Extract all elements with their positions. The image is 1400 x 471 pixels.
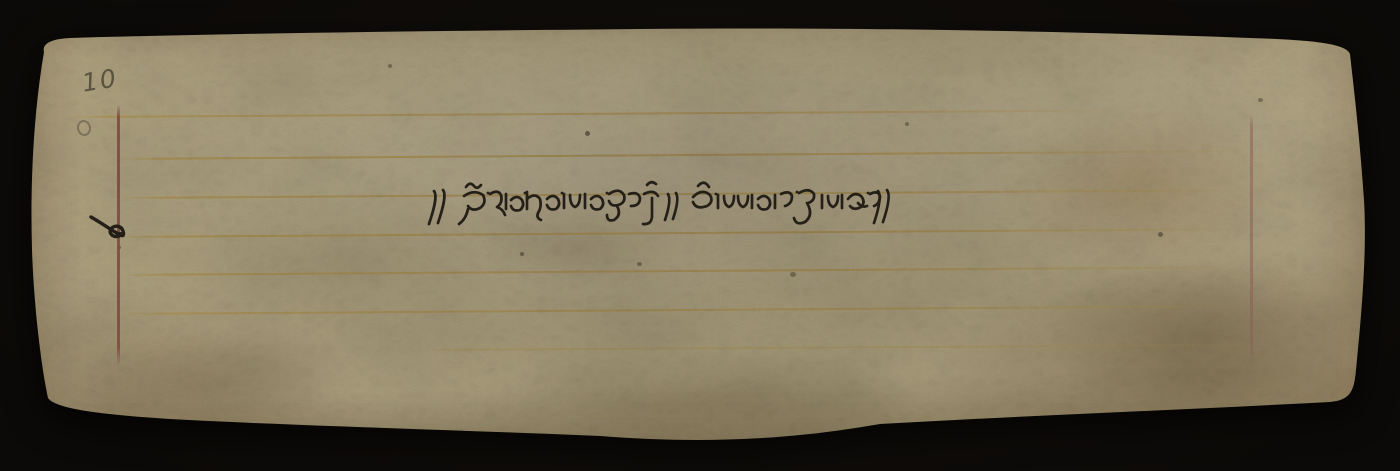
- scribal-curl-mark: [88, 212, 136, 250]
- stain: [200, 190, 520, 320]
- right-margin-line: [1250, 115, 1253, 363]
- stain: [500, 350, 920, 450]
- ruled-line: [120, 266, 1248, 276]
- speck: [905, 122, 909, 126]
- stain: [1040, 260, 1360, 410]
- speck: [388, 64, 392, 68]
- manuscript-leaf: 10: [0, 0, 1400, 471]
- speck: [1258, 98, 1263, 102]
- stain: [1000, 100, 1280, 270]
- manuscript-photograph: 10: [0, 0, 1400, 471]
- leaf-shadow-wrapper: 10: [0, 0, 1400, 471]
- speck: [585, 131, 590, 136]
- ruled-line: [120, 189, 1248, 199]
- speck: [790, 272, 796, 277]
- paper-texture: [0, 0, 1400, 471]
- ruled-line: [120, 305, 1248, 315]
- stain: [480, 200, 680, 290]
- ruled-line: [120, 228, 1248, 238]
- speck: [637, 262, 642, 266]
- folio-number-annotation: 10: [80, 63, 120, 97]
- speck: [118, 246, 121, 249]
- ruled-line: [120, 150, 1248, 160]
- pencil-circle-mark: [75, 119, 92, 138]
- left-margin-line: [117, 104, 120, 366]
- ruled-line: [420, 344, 1250, 351]
- speck: [1158, 232, 1163, 237]
- tibetan-text-line: [426, 180, 894, 238]
- stain: [60, 330, 340, 440]
- ruled-line: [68, 110, 1108, 118]
- speck: [520, 252, 524, 256]
